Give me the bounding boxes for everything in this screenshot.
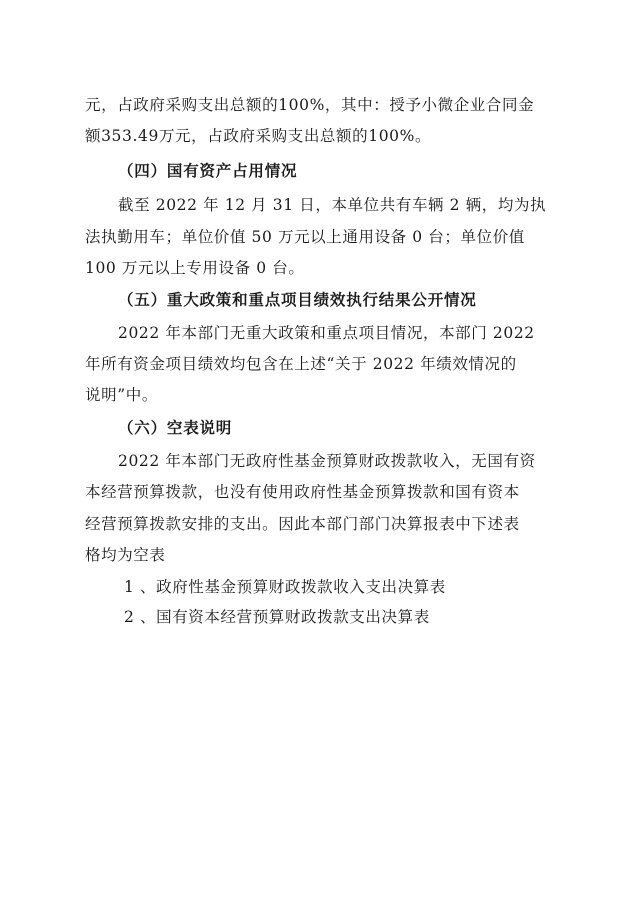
paragraph-line: 格均为空表 (85, 545, 555, 565)
paragraph-line: 年所有资金项目绩效均包含在上述“关于 2022 年绩效情况的 (85, 354, 555, 374)
paragraph-line: 元，占政府采购支出总额的100%，其中：授予小微企业合同金 (85, 95, 555, 115)
paragraph-line: 经营预算拨款安排的支出。因此本部门部门决算报表中下述表 (85, 514, 555, 534)
section-heading-6: （六）空表说明 (118, 418, 588, 438)
paragraph-line: 2022 年本部门无政府性基金预算财政拨款收入，无国有资 (118, 451, 555, 471)
paragraph-line: 100 万元以上专用设备 0 台。 (85, 258, 555, 278)
list-item: 2 、国有资本经营预算财政拨款支出决算表 (124, 607, 594, 627)
list-item: 1 、政府性基金预算财政拨款收入支出决算表 (124, 577, 594, 597)
section-heading-4: （四）国有资产占用情况 (118, 161, 588, 181)
section-heading-5: （五）重大政策和重点项目绩效执行结果公开情况 (118, 290, 588, 310)
document-page: 元，占政府采购支出总额的100%，其中：授予小微企业合同金 额353.49万元，… (0, 0, 636, 900)
paragraph-line: 说明”中。 (85, 385, 555, 405)
paragraph-line: 额353.49万元，占政府采购支出总额的100%。 (85, 126, 555, 146)
paragraph-line: 2022 年本部门无重大政策和重点项目情况，本部门 2022 (118, 323, 555, 343)
paragraph-line: 截至 2022 年 12 月 31 日，本单位共有车辆 2 辆，均为执 (118, 195, 555, 215)
paragraph-line: 本经营预算拨款，也没有使用政府性基金预算拨款和国有资本 (85, 482, 555, 502)
paragraph-line: 法执勤用车；单位价值 50 万元以上通用设备 0 台；单位价值 (85, 227, 555, 247)
